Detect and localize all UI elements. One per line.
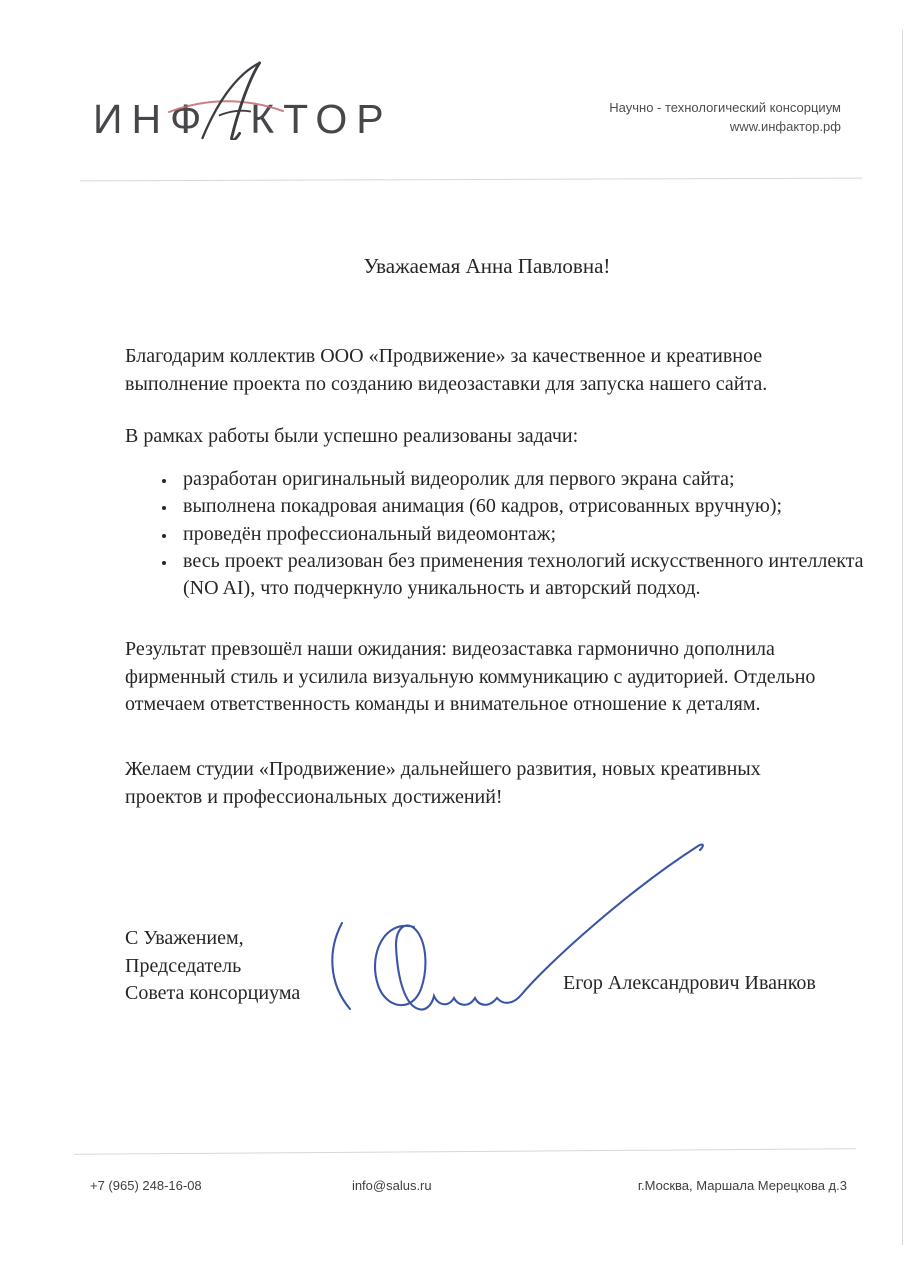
footer-email: info@salus.ru xyxy=(352,1178,432,1193)
scan-edge-line xyxy=(902,30,903,1245)
salutation: Уважаемая Анна Павловна! xyxy=(125,254,849,279)
footer: +7 (965) 248-16-08 info@salus.ru г.Москв… xyxy=(90,1178,847,1193)
signer-role-line1: С Уважением, xyxy=(125,925,300,953)
footer-divider xyxy=(74,1148,856,1154)
list-item: весь проект реализован без применения те… xyxy=(177,548,865,603)
header-divider xyxy=(80,178,862,182)
signer-role-line3: Совета консорциума xyxy=(125,980,300,1008)
tagline-line1: Научно - технологический консорциум xyxy=(609,98,841,117)
paragraph-tasks-intro: В рамках работы были успешно реализованы… xyxy=(125,423,853,451)
signer-role-line2: Председатель xyxy=(125,953,300,981)
logo-stylized-a-icon xyxy=(198,60,266,140)
signer-role: С Уважением, Председатель Совета консорц… xyxy=(125,925,300,1008)
signature-block: С Уважением, Председатель Совета консорц… xyxy=(0,833,907,1038)
signer-name: Егор Александрович Иванков xyxy=(563,972,816,995)
tagline-website: www.инфактор.рф xyxy=(609,117,841,136)
footer-address: г.Москва, Маршала Мерецкова д.3 xyxy=(638,1178,847,1193)
list-item: разработан оригинальный видеоролик для п… xyxy=(177,466,865,493)
company-logo: ИНФ КТОР xyxy=(93,60,393,140)
footer-phone: +7 (965) 248-16-08 xyxy=(90,1178,202,1193)
letter-page: ИНФ КТОР Научно - технологический консор… xyxy=(0,0,907,1272)
task-list: разработан оригинальный видеоролик для п… xyxy=(125,466,865,602)
paragraph-wishes: Желаем студии «Продвижение» дальнейшего … xyxy=(125,756,825,811)
paragraph-result: Результат превзошёл наши ожидания: видео… xyxy=(125,636,853,719)
list-item: выполнена покадровая анимация (60 кадров… xyxy=(177,493,865,520)
consortium-tagline: Научно - технологический консорциум www.… xyxy=(609,98,841,136)
list-item: проведён профессиональный видеомонтаж; xyxy=(177,521,865,548)
paragraph-thanks: Благодарим коллектив ООО «Продвижение» з… xyxy=(125,343,853,398)
